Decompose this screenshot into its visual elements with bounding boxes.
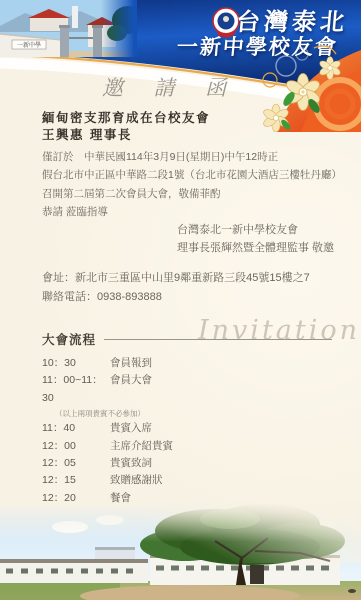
contact-phone: 聯絡電話：0938-893888: [42, 288, 310, 307]
agenda-activity: 會員大會: [110, 372, 152, 407]
agenda-row: 12：00 主席介紹貴賓: [42, 438, 342, 455]
agenda-row: 10：30 會員報到: [42, 355, 342, 372]
agenda-activity: 貴賓入席: [110, 420, 152, 437]
signature-organization: 台灣泰北一新中學校友會: [177, 221, 334, 239]
agenda-activity: 致贈感謝狀: [110, 472, 163, 489]
signature-block: 台灣泰北一新中學校友會 理事長張輝然暨全體理監事 敬邀: [177, 221, 334, 257]
agenda-activity: 會員報到: [110, 355, 152, 372]
body-line-venue: 假台北市中正區中華路二段1號（台北市花園大酒店三樓牡丹廳）: [42, 166, 342, 184]
agenda-time: 12：15: [42, 472, 110, 489]
body-line-datetime: 僅訂於 中華民國114年3月9日(星期日)中午12時正: [42, 148, 342, 166]
signature-signatories: 理事長張輝然暨全體理監事 敬邀: [177, 239, 334, 257]
agenda-time: 11：40: [42, 420, 110, 437]
agenda-note: （以上兩項貴賓不必參加）: [42, 407, 342, 420]
recipient-block: 緬甸密支那育成在台校友會 王興惠 理事長: [42, 109, 210, 143]
agenda-time: 12：00: [42, 438, 110, 455]
agenda-heading-rule: [104, 339, 332, 340]
recipient-organization: 緬甸密支那育成在台校友會: [42, 109, 210, 126]
agenda-time: 10：30: [42, 355, 110, 372]
body-line-request: 恭請 蒞臨指導: [42, 203, 342, 221]
agenda-list: 10：30 會員報到 11：00~11：30 會員大會 （以上兩項貴賓不必參加）…: [42, 355, 342, 525]
invitation-title: 邀 請 函: [0, 72, 340, 102]
gate-sign-text: 一新中學: [17, 41, 41, 49]
agenda-heading: 大會流程: [42, 330, 332, 348]
header-title-line1: 台灣泰北: [178, 9, 349, 35]
agenda-activity: 貴賓致詞: [110, 455, 152, 472]
agenda-time: 12：05: [42, 455, 110, 472]
agenda-row: 11：00~11：30 會員大會: [42, 372, 342, 407]
photo-fade-diagonal: [0, 503, 361, 563]
agenda-row: 12：05 貴賓致詞: [42, 455, 342, 472]
recipient-person: 王興惠 理事長: [42, 126, 210, 143]
agenda-time: 11：00~11：30: [42, 372, 110, 407]
body-line-event: 召開第二屆第二次會員大會，敬備菲酌: [42, 185, 342, 203]
agenda-row: 11：40 貴賓入席: [42, 420, 342, 437]
agenda-heading-label: 大會流程: [42, 330, 96, 348]
contact-address: 會址：新北市三重區中山里9鄰重新路三段45號15樓之7: [42, 269, 310, 288]
gate-photo-fade: [101, 0, 137, 57]
contact-block: 會址：新北市三重區中山里9鄰重新路三段45號15樓之7 聯絡電話：0938-89…: [42, 269, 310, 307]
invitation-body: 僅訂於 中華民國114年3月9日(星期日)中午12時正 假台北市中正區中華路二段…: [42, 148, 342, 221]
agenda-activity: 主席介紹貴賓: [110, 438, 173, 455]
agenda-row: 12：15 致贈感謝狀: [42, 472, 342, 489]
invitation-card: 一新中學 台灣泰北 一新中學校友會: [0, 0, 361, 600]
